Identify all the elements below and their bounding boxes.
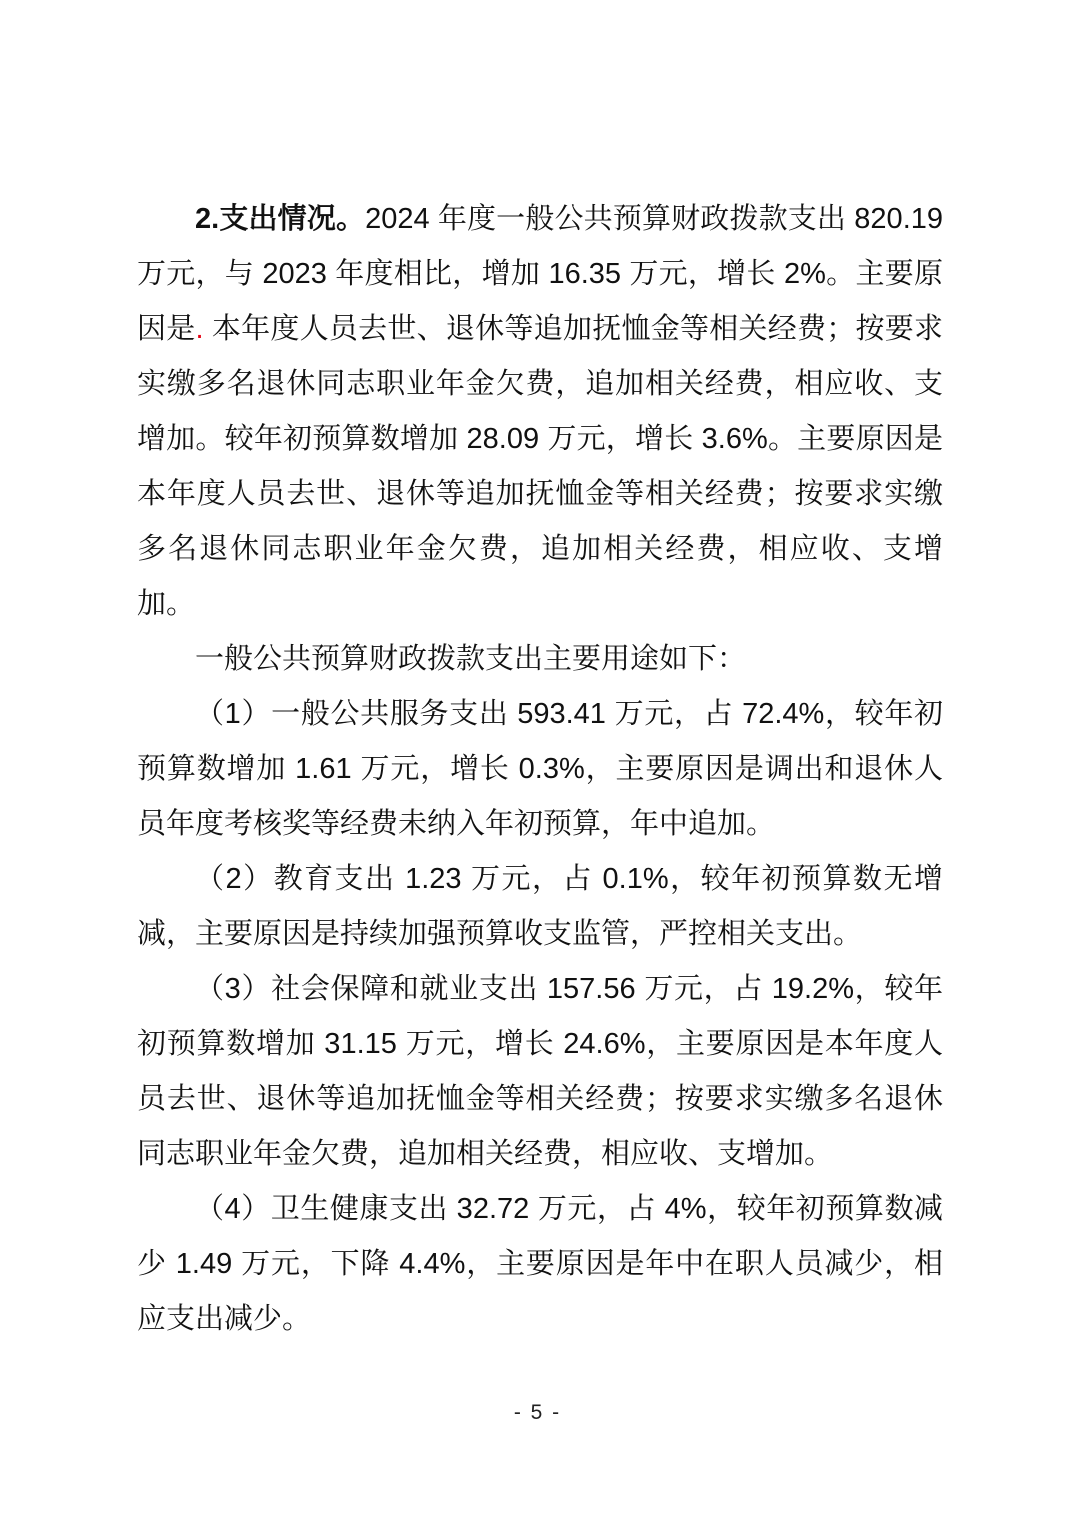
red-period-mark: . [196,313,204,345]
page-footer: - 5 - [0,1398,1075,1428]
paragraph-item-social-security-employment: （3）社会保障和就业支出 157.56 万元，占 19.2%，较年初预算数增加 … [137,962,943,1182]
paragraph-item-health: （4）卫生健康支出 32.72 万元，占 4%，较年初预算数减少 1.49 万元… [137,1182,943,1347]
paragraph-item-general-public-services: （1）一般公共服务支出 593.41 万元，占 72.4%，较年初预算数增加 1… [137,687,943,852]
page-number: - 5 - [514,1401,561,1424]
document-page: 2.支出情况。2024 年度一般公共预算财政拨款支出 820.19 万元，与 2… [0,0,1075,1520]
document-body: 2.支出情况。2024 年度一般公共预算财政拨款支出 820.19 万元，与 2… [137,192,943,1347]
paragraph-expenditure-overview: 2.支出情况。2024 年度一般公共预算财政拨款支出 820.19 万元，与 2… [137,192,943,632]
paragraph-text-seg2: 本年度人员去世、退休等追加抚恤金等相关经费；按要求实缴多名退休同志职业年金欠费，… [137,313,943,620]
paragraph-item-education: （2）教育支出 1.23 万元，占 0.1%，较年初预算数无增减，主要原因是持续… [137,852,943,962]
paragraph-usage-intro: 一般公共预算财政拨款支出主要用途如下： [137,632,943,687]
section-heading-expenditure: 2.支出情况。 [195,203,365,235]
